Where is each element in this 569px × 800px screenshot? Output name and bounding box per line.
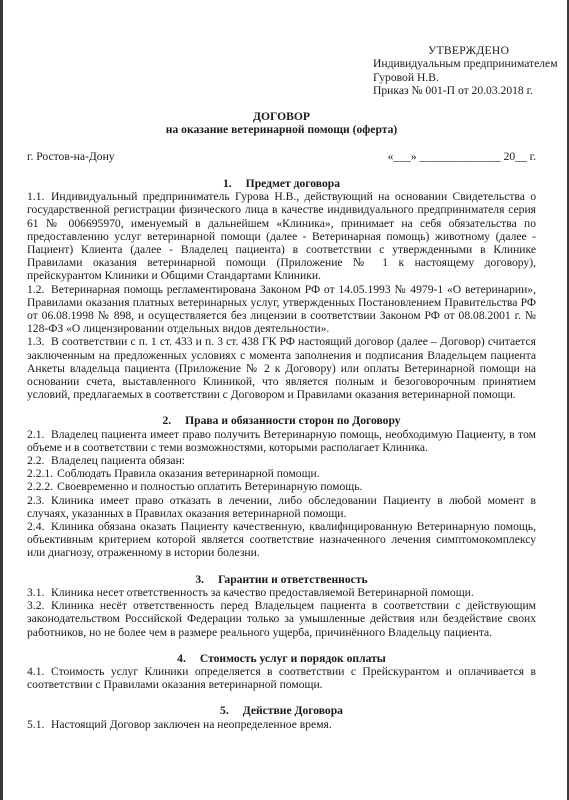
section-gap [27,639,536,652]
clause-number: 1.3. [27,335,47,348]
approval-stamp: УТВЕРЖДЕНО Индивидуальным предпринимател… [373,44,569,98]
section-title-text: Предмет договора [246,177,340,190]
clause-text: Ветеринарная помощь регламентирована Зак… [27,283,536,336]
section-title: 5.Действие Договора [27,704,536,717]
document-page: УТВЕРЖДЕНО Индивидуальным предпринимател… [0,0,569,800]
clause-text: В соответствии с п. 1 ст. 433 и п. 3 ст.… [27,335,536,401]
clause-number: 2.1. [27,428,47,441]
clause-number: 4.1. [27,665,47,678]
approval-line: Гуровой Н.В. [373,71,569,84]
clause-number: 1.2. [27,283,47,296]
section-gap [27,691,536,704]
clause: 3.2.Клиника несёт ответственность перед … [27,599,536,639]
clause: 1.1.Индивидуальный предприниматель Гуров… [27,190,536,282]
clause: 5.1.Настоящий Договор заключен на неопре… [27,718,536,731]
clause-number: 2.2.2. [27,480,53,493]
clause-text: Настоящий Договор заключен на неопределе… [51,718,332,731]
approval-line: Приказ № 001-П от 20.03.2018 г. [373,84,569,97]
section-number: 5. [220,704,229,717]
approval-line: Индивидуальным предпринимателем [373,57,569,70]
clause: 1.2.Ветеринарная помощь регламентирована… [27,283,536,336]
clause: 2.3.Клиника имеет право отказать в лечен… [27,494,536,520]
clause-number: 3.2. [27,599,47,612]
clause-text: Владелец пациента имеет право получить В… [27,428,536,454]
clause-number: 2.2.1. [27,467,53,480]
section-title: 2.Права и обязанности сторон по Договору [27,414,536,427]
clause-text: Стоимость услуг Клиники определяется в с… [27,665,536,691]
section-title-text: Гарантии и ответственность [218,573,368,586]
clause-text: Клиника несёт ответственность перед Влад… [27,599,536,638]
clause-text: Соблюдать Правила оказания ветеринарной … [57,467,320,480]
clause-text: Индивидуальный предприниматель Гурова Н.… [27,190,536,282]
date-placeholder: «___» ______________ 20__ г. [388,150,536,163]
clause: 1.3.В соответствии с п. 1 ст. 433 и п. 3… [27,335,536,401]
place-date-row: г. Ростов-на-Дону «___» ______________ 2… [27,150,536,164]
clause: 2.2.Владелец пациента обязан: [27,454,536,467]
clause: 2.1.Владелец пациента имеет право получи… [27,428,536,454]
clause-text: Клиника имеет право отказать в лечении, … [27,494,536,520]
clause-number: 3.1. [27,586,47,599]
clause: 2.2.1.Соблюдать Правила оказания ветерин… [27,467,536,480]
clause: 3.1.Клиника несет ответственность за кач… [27,586,536,599]
clause-text: Владелец пациента обязан: [51,454,185,467]
section-title: 1.Предмет договора [27,177,536,190]
section-title: 3.Гарантии и ответственность [27,573,536,586]
clause-text: Клиника несет ответственность за качеств… [51,586,474,599]
section-title-text: Стоимость услуг и порядок оплаты [200,652,386,665]
section-number: 4. [177,652,186,665]
clause: 2.4.Клиника обязана оказать Пациенту кач… [27,520,536,560]
city: г. Ростов-на-Дону [27,150,115,163]
section-number: 3. [195,573,204,586]
clause: 4.1.Стоимость услуг Клиники определяется… [27,665,536,691]
document-title: ДОГОВОР [27,110,536,123]
clause-number: 2.2. [27,454,47,467]
section-number: 2. [162,414,171,427]
clause-number: 1.1. [27,190,47,203]
sections: 1.Предмет договора1.1.Индивидуальный пре… [27,177,536,731]
approval-title: УТВЕРЖДЕНО [373,44,569,57]
clause-text: Клиника обязана оказать Пациенту качеств… [27,520,536,559]
section-title: 4.Стоимость услуг и порядок оплаты [27,652,536,665]
section-title-text: Права и обязанности сторон по Договору [185,414,400,427]
clause-text: Своевременно и полностью оплатить Ветери… [57,480,362,493]
section-number: 1. [223,177,232,190]
clause: 2.2.2.Своевременно и полностью оплатить … [27,480,536,493]
clause-number: 5.1. [27,718,47,731]
document-subtitle: на оказание ветеринарной помощи (оферта) [27,123,536,136]
section-gap [27,401,536,414]
clause-number: 2.3. [27,494,47,507]
section-gap [27,560,536,573]
section-title-text: Действие Договора [243,704,343,717]
clause-number: 2.4. [27,520,47,533]
document-title-block: ДОГОВОР на оказание ветеринарной помощи … [27,110,536,137]
